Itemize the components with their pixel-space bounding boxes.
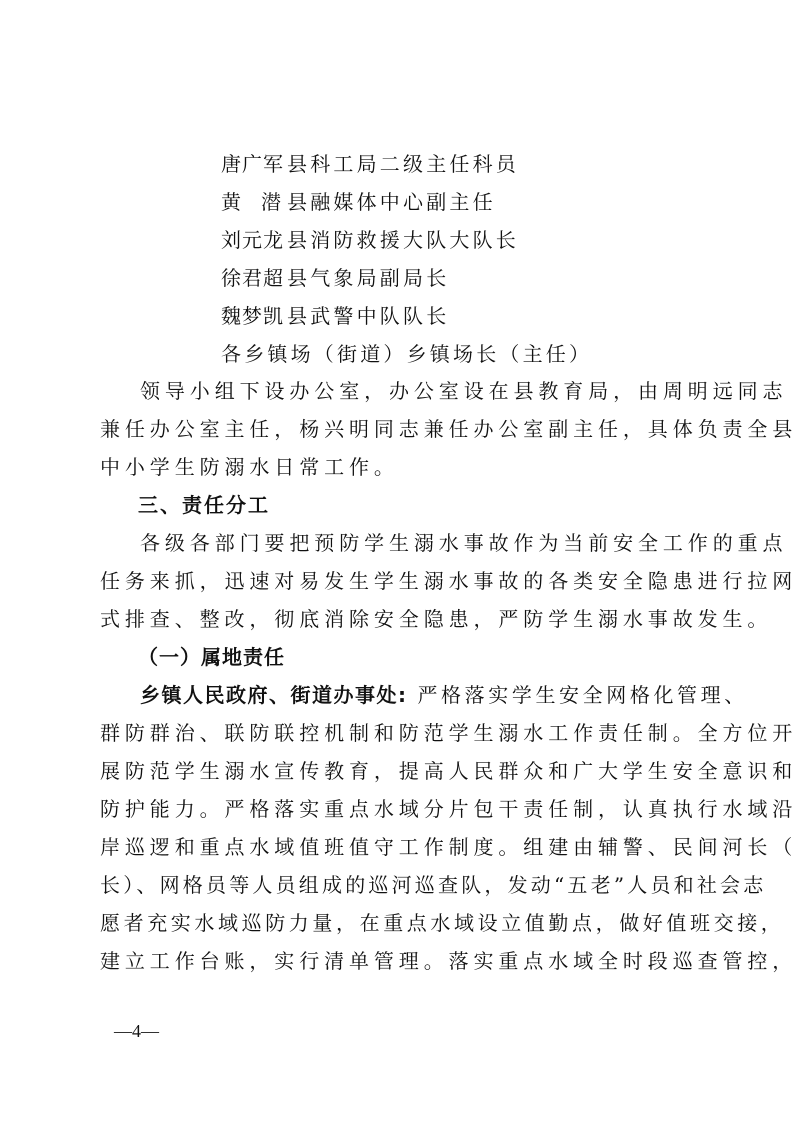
member-row: 唐广军县科工局二级主任科员 bbox=[221, 152, 519, 176]
paragraph-first-line: 乡镇人民政府、街道办事处: 严格落实学生安全网格化管理、 bbox=[140, 683, 748, 707]
page-number: —4— bbox=[114, 1020, 159, 1042]
paragraph-line: 式排查、整改，彻底消除安全隐患，严防学生溺水事故发生。 bbox=[100, 607, 772, 631]
paragraph-line: 兼任办公室主任，杨兴明同志兼任办公室副主任，具体负责全县 bbox=[100, 417, 793, 441]
responsible-party-label: 乡镇人民政府、街道办事处: bbox=[140, 683, 408, 707]
member-name: 魏梦凯 bbox=[221, 304, 287, 328]
paragraph-line: 建立工作台账，实行清单管理。落实重点水域全时段巡查管控， bbox=[100, 949, 793, 973]
member-role: 县气象局副局长 bbox=[287, 266, 449, 290]
paragraph-line: 中小学生防溺水日常工作。 bbox=[100, 455, 399, 479]
member-row: 魏梦凯县武警中队队长 bbox=[221, 304, 449, 328]
member-name: 黄 潜 bbox=[221, 190, 287, 214]
member-row: 各乡镇场（街道）乡镇场长（主任） bbox=[221, 342, 592, 366]
paragraph-line: 防护能力。严格落实重点水域分片包干责任制，认真执行水域沿 bbox=[100, 797, 793, 821]
member-role: 县科工局二级主任科员 bbox=[287, 152, 519, 176]
paragraph-line: 群防群治、联防联控机制和防范学生溺水工作责任制。全方位开 bbox=[100, 721, 793, 745]
document-page: 唐广军县科工局二级主任科员 黄 潜县融媒体中心副主任 刘元龙县消防救援大队大队长… bbox=[0, 0, 793, 1122]
paragraph-line: 任务来抓，迅速对易发生学生溺水事故的各类安全隐患进行拉网 bbox=[100, 569, 793, 593]
paragraph-line: 各级各部门要把预防学生溺水事故作为当前安全工作的重点 bbox=[140, 531, 787, 555]
paragraph-line: 长）、网格员等人员组成的巡河巡查队，发动“五老”人员和社会志 bbox=[100, 873, 766, 897]
paragraph-line: 愿者充实水域巡防力量，在重点水域设立值勤点，做好值班交接， bbox=[100, 911, 784, 935]
member-role: 县融媒体中心副主任 bbox=[287, 190, 496, 214]
member-role: 县武警中队队长 bbox=[287, 304, 449, 328]
member-role: 县消防救援大队大队长 bbox=[287, 228, 519, 252]
member-row: 刘元龙县消防救援大队大队长 bbox=[221, 228, 519, 252]
section-heading: 三、责任分工 bbox=[138, 493, 270, 517]
member-row: 徐君超县气象局副局长 bbox=[221, 266, 449, 290]
paragraph-line: 领导小组下设办公室，办公室设在县教育局，由周明远同志 bbox=[140, 379, 787, 403]
member-role: 各乡镇场（街道）乡镇场长（主任） bbox=[221, 342, 592, 366]
member-name: 唐广军 bbox=[221, 152, 287, 176]
paragraph-line: 展防范学生溺水宣传教育，提高人民群众和广大学生安全意识和 bbox=[100, 759, 793, 783]
paragraph-text: 严格落实学生安全网格化管理、 bbox=[408, 683, 748, 707]
member-name: 刘元龙 bbox=[221, 228, 287, 252]
paragraph-line: 岸巡逻和重点水域值班值守工作制度。组建由辅警、民间河长（库 bbox=[100, 835, 793, 859]
subsection-heading: （一）属地责任 bbox=[138, 645, 285, 669]
member-name: 徐君超 bbox=[221, 266, 287, 290]
member-row: 黄 潜县融媒体中心副主任 bbox=[221, 190, 496, 214]
